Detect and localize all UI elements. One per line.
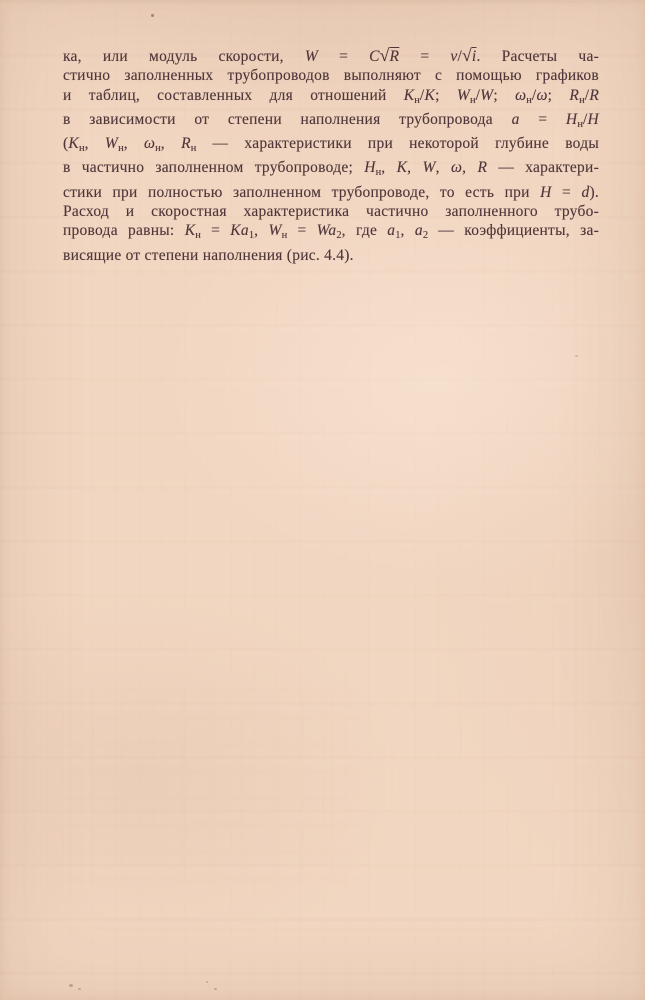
text-line: Расход и скоростная характеристика части…	[63, 202, 599, 221]
text-segment: H	[364, 159, 375, 176]
text-segment: Расход и скоростная характеристика части…	[63, 203, 599, 220]
text-segment: Ka	[230, 222, 249, 239]
text-line: провода равны: Kн = Ka1, Wн = Wa2, где a…	[63, 221, 599, 245]
text-segment: K	[185, 222, 196, 239]
text-segment: R	[390, 48, 400, 65]
text-segment: =	[201, 222, 230, 239]
text-segment: =	[552, 184, 582, 201]
text-segment: — характери-	[487, 159, 599, 176]
text-segment: W	[457, 87, 470, 104]
text-line: и таблиц, составленных для отношений Kн/…	[63, 86, 599, 110]
text-segment: ,	[436, 159, 451, 176]
text-segment: в зависимости от степени наполнения труб…	[63, 111, 512, 128]
text-segment: ,	[407, 159, 422, 176]
text-segment: R	[569, 87, 579, 104]
text-segment: ;	[548, 87, 570, 104]
text-segment: H	[566, 111, 577, 128]
text-line: (Kн, Wн, ωн, Rн — характеристики при нек…	[63, 134, 599, 158]
text-line: висящие от степени наполнения (рис. 4.4)…	[63, 246, 599, 265]
text-segment: ,	[161, 135, 181, 152]
text-line: в частично заполненном трубопроводе; Hн,…	[63, 158, 599, 182]
text-segment: =	[399, 48, 450, 65]
text-segment: . Расчеты ча-	[476, 48, 599, 65]
text-segment: стично заполненных трубопроводов выполня…	[63, 67, 599, 84]
text-line: в зависимости от степени наполнения труб…	[63, 110, 599, 134]
text-segment: ω	[536, 87, 547, 104]
text-segment: K	[424, 87, 435, 104]
text-segment: ,	[124, 135, 144, 152]
text-segment: H	[540, 184, 551, 201]
text-segment: K	[397, 159, 408, 176]
text-segment: Wa	[317, 222, 337, 239]
text-segment: стики при полностью заполненном трубопро…	[63, 184, 540, 201]
text-segment: W	[305, 48, 318, 65]
text-segment: ,	[462, 159, 477, 176]
text-segment: a	[512, 111, 520, 128]
text-segment: K	[404, 87, 415, 104]
text-segment: √	[380, 46, 390, 65]
text-segment: ω	[144, 135, 155, 152]
text-segment: ).	[589, 184, 599, 201]
paper-speck	[206, 981, 208, 983]
text-line: стики при полностью заполненном трубопро…	[63, 183, 599, 202]
paper-speck	[575, 355, 578, 357]
text-segment: — коэффициенты, за-	[428, 222, 599, 239]
text-segment: ω	[451, 159, 462, 176]
body-paragraph: ка, или модуль скорости, W = C√R = v/√i.…	[63, 46, 599, 265]
text-segment: ,	[401, 222, 415, 239]
text-segment: =	[318, 48, 369, 65]
text-line: ка, или модуль скорости, W = C√R = v/√i.…	[63, 46, 599, 66]
text-segment: — характеристики при некоторой глубине в…	[196, 135, 599, 152]
text-segment: a	[415, 222, 423, 239]
paper-speck	[214, 988, 217, 990]
paper-speck	[78, 988, 81, 990]
text-segment: ,	[85, 135, 105, 152]
text-segment: ;	[435, 87, 457, 104]
text-segment: =	[520, 111, 566, 128]
text-segment: W	[268, 222, 281, 239]
text-segment: W	[480, 87, 493, 104]
showthrough-grid	[62, 690, 362, 885]
text-segment: ;	[493, 87, 515, 104]
paper-speck	[151, 14, 154, 17]
text-segment: W	[105, 135, 118, 152]
text-segment: R	[589, 87, 599, 104]
text-segment: R	[181, 135, 191, 152]
text-segment: ω	[515, 87, 526, 104]
text-line: стично заполненных трубопроводов выполня…	[63, 66, 599, 85]
text-segment: провода равны:	[63, 222, 185, 239]
text-segment: и таблиц, составленных для отношений	[63, 87, 404, 104]
text-segment: , где	[342, 222, 388, 239]
text-segment: H	[588, 111, 599, 128]
text-segment: ,	[254, 222, 268, 239]
text-segment: висящие от степени наполнения (рис. 4.4)…	[63, 247, 354, 264]
text-segment: ка, или модуль скорости,	[63, 48, 305, 65]
text-segment: =	[287, 222, 316, 239]
text-segment: ,	[381, 159, 396, 176]
text-segment: √	[462, 46, 472, 65]
text-segment: в частично заполненном трубопроводе;	[63, 159, 364, 176]
paper-speck	[69, 984, 73, 987]
book-page: ка, или модуль скорости, W = C√R = v/√i.…	[0, 0, 645, 1000]
text-segment: C	[369, 48, 380, 65]
text-segment: R	[477, 159, 487, 176]
text-segment: W	[422, 159, 435, 176]
text-segment: v	[450, 48, 457, 65]
text-segment: K	[68, 135, 79, 152]
